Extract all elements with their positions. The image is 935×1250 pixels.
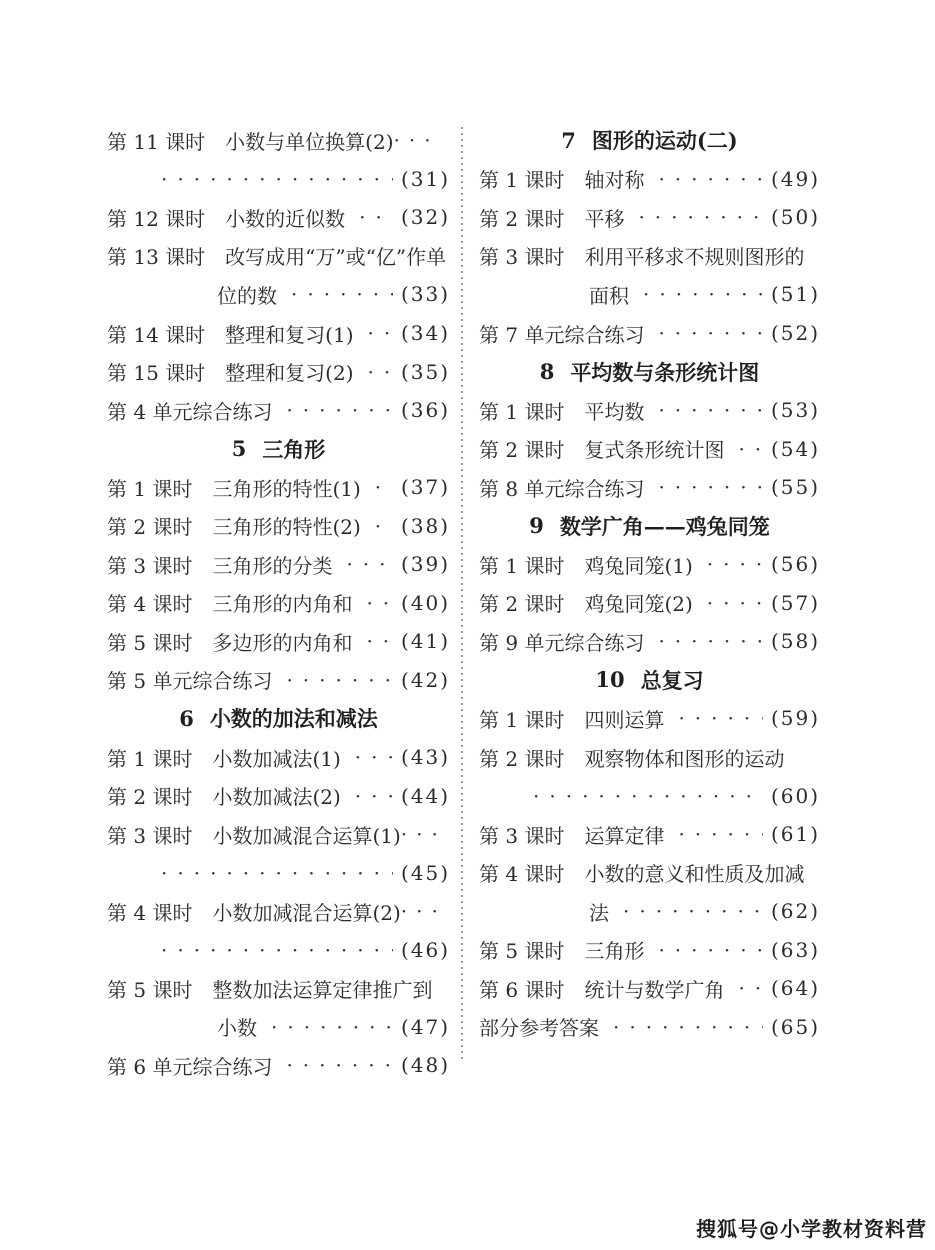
lesson-label: 第 5 课时 xyxy=(107,974,192,1003)
lesson-title: 鸡兔同笼(1) xyxy=(584,550,692,579)
toc-entry: 第 1 课时四则运算······························… xyxy=(479,699,820,738)
lesson-title: 改写成用“万”或“亿”作单 xyxy=(225,241,446,270)
toc-entry: 第 3 课时三角形的分类····························… xyxy=(107,545,450,584)
lesson-label: 第 5 单元综合练习 xyxy=(107,665,272,694)
lesson-title: 多边形的内角和 xyxy=(212,627,352,656)
toc-entry: ········································… xyxy=(107,160,450,199)
lesson-title: 小数的近似数 xyxy=(225,203,345,232)
toc-section-header: 9数学广角——鸡兔同笼 xyxy=(479,506,820,545)
lesson-label: 第 5 课时 xyxy=(479,935,564,964)
lesson-title: 小数加减法(2) xyxy=(212,781,340,810)
dot-leader-dots: ········································ xyxy=(161,167,393,191)
section-number: 6 xyxy=(179,706,194,731)
lesson-title: 运算定律 xyxy=(584,820,664,849)
toc-page: 第 11 课时小数与单位换算(2)·······················… xyxy=(0,0,935,1250)
dot-leader-dots: ········································ xyxy=(643,282,763,306)
section-title: 数学广角——鸡兔同笼 xyxy=(560,511,770,541)
lesson-label: 第 5 课时 xyxy=(107,627,192,656)
toc-entry: 第 1 课时鸡兔同笼(1)···························… xyxy=(479,545,820,584)
dot-leader: ········································ xyxy=(368,360,393,384)
dot-leader: ········································ xyxy=(643,282,763,306)
dot-leader: ········································ xyxy=(286,398,392,422)
dot-leader-dots: ········································ xyxy=(678,706,762,730)
lesson-title: 三角形 xyxy=(584,935,644,964)
lesson-title: 小数加减混合运算(2) xyxy=(212,897,400,926)
dot-leader: ········································ xyxy=(707,552,763,576)
lesson-label: 第 14 课时 xyxy=(107,319,205,348)
toc-section-header: 10总复习 xyxy=(479,661,820,700)
lesson-title: 三角形的特性(1) xyxy=(212,473,360,502)
dot-leader: ········································ xyxy=(533,784,763,808)
lesson-label: 第 1 课时 xyxy=(479,550,564,579)
dot-leader-dots: ········································ xyxy=(707,552,763,576)
lesson-label: 第 3 课时 xyxy=(107,550,192,579)
toc-entry: 第 11 课时小数与单位换算(2)··· xyxy=(107,121,450,160)
dot-leader: ········································ xyxy=(359,205,393,229)
lesson-title: 三角形的内角和 xyxy=(212,588,352,617)
dot-leader-short: ··· xyxy=(401,899,447,923)
lesson-title: 观察物体和图形的运动 xyxy=(584,743,784,772)
lesson-label: 第 15 课时 xyxy=(107,357,205,386)
dot-leader-dots: ········································ xyxy=(355,784,393,808)
lesson-label: 第 4 课时 xyxy=(479,858,564,887)
lesson-title: 小数加减混合运算(1) xyxy=(212,820,400,849)
lesson-label: 第 4 课时 xyxy=(107,588,192,617)
page-number: (59) xyxy=(771,706,820,730)
lesson-label: 第 4 课时 xyxy=(107,897,192,926)
toc-entry: 第 2 课时复式条形统计图···························… xyxy=(479,429,820,468)
dot-leader-dots: ········································ xyxy=(658,475,762,499)
page-number: (39) xyxy=(401,552,450,576)
dot-leader: ········································ xyxy=(271,1015,393,1039)
toc-entry: 第 5 课时多边形的内角和···························… xyxy=(107,622,450,661)
dot-leader-dots: ········································ xyxy=(368,321,393,345)
toc-entry: 第 6 课时统计与数学广角···························… xyxy=(479,969,820,1008)
section-number: 10 xyxy=(595,667,624,692)
toc-section-header: 5三角形 xyxy=(107,429,450,468)
toc-entry: 第 4 课时三角形的内角和···························… xyxy=(107,584,450,623)
dot-leader-dots: ········································ xyxy=(533,784,763,808)
dot-leader-dots: ········································ xyxy=(346,552,392,576)
page-number: (48) xyxy=(401,1053,450,1077)
toc-entry: ········································… xyxy=(479,776,820,815)
lesson-label: 第 2 课时 xyxy=(479,203,564,232)
toc-entry: 第 2 课时平移································… xyxy=(479,198,820,237)
page-number: (43) xyxy=(401,745,450,769)
toc-section-header: 6小数的加法和减法 xyxy=(107,699,450,738)
page-number: (32) xyxy=(401,205,450,229)
dot-leader-dots: ········································ xyxy=(658,629,762,653)
lesson-label: 第 2 课时 xyxy=(479,743,564,772)
lesson-title: 整理和复习(1) xyxy=(225,319,353,348)
page-number: (55) xyxy=(771,475,820,499)
lesson-title: 小数的意义和性质及加减 xyxy=(584,858,804,887)
toc-entry: ········································… xyxy=(107,853,450,892)
dot-leader: ········································ xyxy=(286,668,392,692)
dot-leader: ········································ xyxy=(658,167,762,191)
dot-leader: ········································ xyxy=(355,784,393,808)
toc-entry: 第 3 课时运算定律······························… xyxy=(479,815,820,854)
lesson-label: 第 1 课时 xyxy=(107,743,192,772)
page-number: (44) xyxy=(401,784,450,808)
lesson-label: 第 1 课时 xyxy=(479,396,564,425)
lesson-title: 三角形的分类 xyxy=(212,550,332,579)
section-number: 9 xyxy=(529,513,544,538)
dot-leader: ········································ xyxy=(678,706,762,730)
toc-entry: 第 14 课时整理和复习(1)·························… xyxy=(107,314,450,353)
toc-entry: 第 15 课时整理和复习(2)·························… xyxy=(107,352,450,391)
dot-leader-dots: ········································ xyxy=(368,360,393,384)
page-number: (56) xyxy=(771,552,820,576)
lesson-title: 鸡兔同笼(2) xyxy=(584,588,692,617)
page-number: (64) xyxy=(771,976,820,1000)
dot-leader-dots: ········································ xyxy=(161,861,393,885)
dot-leader-dots: ········································ xyxy=(375,514,393,538)
toc-entry: 第 4 课时小数的意义和性质及加减 xyxy=(479,853,820,892)
column-divider-dotted-line xyxy=(461,127,463,1063)
dot-leader: ········································ xyxy=(366,629,392,653)
dot-leader: ········································ xyxy=(368,321,393,345)
page-number: (46) xyxy=(401,938,450,962)
dot-leader-dots: ········································ xyxy=(286,668,392,692)
dot-leader: ········································ xyxy=(366,591,392,615)
lesson-label: 第 2 课时 xyxy=(107,781,192,810)
lesson-label: 第 3 课时 xyxy=(479,820,564,849)
section-number: 8 xyxy=(540,359,555,384)
section-number: 5 xyxy=(232,436,247,461)
dot-leader: ········································ xyxy=(738,437,762,461)
dot-leader: ········································ xyxy=(346,552,392,576)
dot-leader: ········································ xyxy=(623,899,763,923)
dot-leader-dots: ········································ xyxy=(613,1015,763,1039)
lesson-title: 位的数 xyxy=(217,280,277,309)
toc-entry: 第 3 课时小数加减混合运算(1)··· xyxy=(107,815,450,854)
page-number: (57) xyxy=(771,591,820,615)
lesson-label: 第 9 单元综合练习 xyxy=(479,627,644,656)
dot-leader-dots: ········································ xyxy=(658,938,762,962)
page-number: (33) xyxy=(401,282,450,306)
page-number: (37) xyxy=(401,475,450,499)
lesson-title: 法 xyxy=(589,897,609,926)
dot-leader-dots: ········································ xyxy=(738,976,762,1000)
lesson-title: 四则运算 xyxy=(584,704,664,733)
page-number: (58) xyxy=(771,629,820,653)
page-number: (50) xyxy=(771,205,820,229)
dot-leader-dots: ········································ xyxy=(286,1053,392,1077)
lesson-label: 第 7 单元综合练习 xyxy=(479,319,644,348)
dot-leader: ········································ xyxy=(707,591,763,615)
section-title: 小数的加法和减法 xyxy=(210,703,378,733)
lesson-label: 第 6 课时 xyxy=(479,974,564,1003)
page-number: (52) xyxy=(771,321,820,345)
page-number: (38) xyxy=(401,514,450,538)
toc-entry: 第 4 课时小数加减混合运算(2)··· xyxy=(107,892,450,931)
dot-leader: ········································ xyxy=(375,475,393,499)
lesson-label: 部分参考答案 xyxy=(479,1012,599,1041)
lesson-label: 第 13 课时 xyxy=(107,241,205,270)
lesson-title: 统计与数学广角 xyxy=(584,974,724,1003)
toc-entry: 第 8 单元综合练习······························… xyxy=(479,468,820,507)
lesson-label: 第 2 课时 xyxy=(107,511,192,540)
page-number: (34) xyxy=(401,321,450,345)
lesson-title: 面积 xyxy=(589,280,629,309)
toc-entry: 面积······································… xyxy=(479,275,820,314)
dot-leader: ········································ xyxy=(613,1015,763,1039)
dot-leader: ········································ xyxy=(291,282,393,306)
lesson-title: 平移 xyxy=(584,203,624,232)
toc-entry: 第 5 单元综合练习······························… xyxy=(107,661,450,700)
lesson-label: 第 12 课时 xyxy=(107,203,205,232)
dot-leader: ········································ xyxy=(355,745,393,769)
lesson-title: 整理和复习(2) xyxy=(225,357,353,386)
dot-leader: ········································ xyxy=(161,861,393,885)
toc-section-header: 8平均数与条形统计图 xyxy=(479,352,820,391)
lesson-title: 平均数 xyxy=(584,396,644,425)
dot-leader: ········································ xyxy=(658,938,762,962)
dot-leader: ········································ xyxy=(658,321,762,345)
section-title: 平均数与条形统计图 xyxy=(570,357,759,387)
toc-entry: 第 3 课时利用平移求不规则图形的 xyxy=(479,237,820,276)
lesson-label: 第 1 课时 xyxy=(479,164,564,193)
toc-entry: 位的数·····································… xyxy=(107,275,450,314)
lesson-label: 第 2 课时 xyxy=(479,434,564,463)
dot-leader-dots: ········································ xyxy=(286,398,392,422)
lesson-title: 利用平移求不规则图形的 xyxy=(584,241,804,270)
lesson-label: 第 1 课时 xyxy=(107,473,192,502)
page-number: (51) xyxy=(771,282,820,306)
section-title: 图形的运动(二) xyxy=(592,125,738,155)
page-number: (62) xyxy=(771,899,820,923)
toc-left-column: 第 11 课时小数与单位换算(2)·······················… xyxy=(107,121,450,1085)
page-number: (54) xyxy=(771,437,820,461)
dot-leader-short: ··· xyxy=(394,128,440,152)
lesson-label: 第 11 课时 xyxy=(107,126,205,155)
page-number: (60) xyxy=(771,784,820,808)
toc-entry: 第 1 课时轴对称·······························… xyxy=(479,160,820,199)
dot-leader-dots: ········································ xyxy=(638,205,762,229)
dot-leader: ········································ xyxy=(738,976,762,1000)
lesson-label: 第 4 单元综合练习 xyxy=(107,396,272,425)
dot-leader-dots: ········································ xyxy=(707,591,763,615)
lesson-label: 第 6 单元综合练习 xyxy=(107,1051,272,1080)
page-number: (45) xyxy=(401,861,450,885)
dot-leader: ········································ xyxy=(658,475,762,499)
toc-entry: 第 2 课时鸡兔同笼(2)···························… xyxy=(479,584,820,623)
toc-entry: 第 4 单元综合练习······························… xyxy=(107,391,450,430)
section-number: 7 xyxy=(561,128,576,153)
lesson-title: 三角形的特性(2) xyxy=(212,511,360,540)
lesson-label: 第 8 单元综合练习 xyxy=(479,473,644,502)
toc-entry: 第 7 单元综合练习······························… xyxy=(479,314,820,353)
dot-leader-dots: ········································ xyxy=(658,167,762,191)
dot-leader-dots: ········································ xyxy=(355,745,393,769)
section-title: 三角形 xyxy=(262,434,325,464)
lesson-title: 轴对称 xyxy=(584,164,644,193)
page-number: (47) xyxy=(401,1015,450,1039)
toc-entry: 第 13 课时改写成用“万”或“亿”作单 xyxy=(107,237,450,276)
page-number: (49) xyxy=(771,167,820,191)
toc-entry: 第 2 课时三角形的特性(2)·························… xyxy=(107,506,450,545)
lesson-title: 复式条形统计图 xyxy=(584,434,724,463)
page-number: (31) xyxy=(401,167,450,191)
lesson-label: 第 3 课时 xyxy=(479,241,564,270)
dot-leader-dots: ········································ xyxy=(366,629,392,653)
lesson-title: 小数加减法(1) xyxy=(212,743,340,772)
toc-entry: 第 5 课时三角形·······························… xyxy=(479,930,820,969)
page-number: (36) xyxy=(401,398,450,422)
dot-leader-dots: ········································ xyxy=(271,1015,393,1039)
page-number: (65) xyxy=(771,1015,820,1039)
page-number: (40) xyxy=(401,591,450,615)
toc-entry: 第 1 课时三角形的特性(1)·························… xyxy=(107,468,450,507)
section-title: 总复习 xyxy=(641,665,704,695)
lesson-title: 小数 xyxy=(217,1012,257,1041)
toc-entry: 第 1 课时小数加减法(1)··························… xyxy=(107,738,450,777)
dot-leader-dots: ········································ xyxy=(291,282,393,306)
watermark: 搜狐号@小学教材资料营 xyxy=(696,1213,927,1242)
dot-leader: ········································ xyxy=(161,938,393,962)
toc-entry: 第 2 课时观察物体和图形的运动 xyxy=(479,738,820,777)
toc-entry: 第 2 课时小数加减法(2)··························… xyxy=(107,776,450,815)
toc-entry: 部分参考答案··································… xyxy=(479,1008,820,1047)
toc-section-header: 7图形的运动(二) xyxy=(479,121,820,160)
page-number: (41) xyxy=(401,629,450,653)
lesson-label: 第 1 课时 xyxy=(479,704,564,733)
dot-leader-dots: ········································ xyxy=(366,591,392,615)
dot-leader: ········································ xyxy=(375,514,393,538)
dot-leader-dots: ········································ xyxy=(375,475,393,499)
page-number: (63) xyxy=(771,938,820,962)
toc-entry: 第 5 课时整数加法运算定律推广到 xyxy=(107,969,450,1008)
toc-entry: 第 9 单元综合练习······························… xyxy=(479,622,820,661)
toc-entry: 第 1 课时平均数·······························… xyxy=(479,391,820,430)
page-number: (61) xyxy=(771,822,820,846)
toc-entry: 法·······································… xyxy=(479,892,820,931)
dot-leader-dots: ········································ xyxy=(359,205,393,229)
lesson-label: 第 3 课时 xyxy=(107,820,192,849)
lesson-title: 整数加法运算定律推广到 xyxy=(212,974,432,1003)
page-number: (35) xyxy=(401,360,450,384)
page-number: (53) xyxy=(771,398,820,422)
toc-entry: 第 12 课时小数的近似数···························… xyxy=(107,198,450,237)
dot-leader: ········································ xyxy=(678,822,762,846)
page-number: (42) xyxy=(401,668,450,692)
toc-entry: 小数······································… xyxy=(107,1008,450,1047)
dot-leader: ········································ xyxy=(286,1053,392,1077)
dot-leader-dots: ········································ xyxy=(658,398,762,422)
dot-leader: ········································ xyxy=(658,629,762,653)
dot-leader-dots: ········································ xyxy=(623,899,763,923)
lesson-title: 小数与单位换算(2) xyxy=(225,126,393,155)
dot-leader: ········································ xyxy=(658,398,762,422)
toc-entry: ········································… xyxy=(107,930,450,969)
dot-leader-short: ··· xyxy=(401,822,447,846)
dot-leader-dots: ········································ xyxy=(658,321,762,345)
toc-entry: 第 6 单元综合练习······························… xyxy=(107,1046,450,1085)
lesson-label: 第 2 课时 xyxy=(479,588,564,617)
dot-leader: ········································ xyxy=(161,167,393,191)
dot-leader-dots: ········································ xyxy=(738,437,762,461)
dot-leader: ········································ xyxy=(638,205,762,229)
dot-leader-dots: ········································ xyxy=(161,938,393,962)
dot-leader-dots: ········································ xyxy=(678,822,762,846)
toc-right-column: 7图形的运动(二)第 1 课时轴对称······················… xyxy=(479,121,820,1046)
